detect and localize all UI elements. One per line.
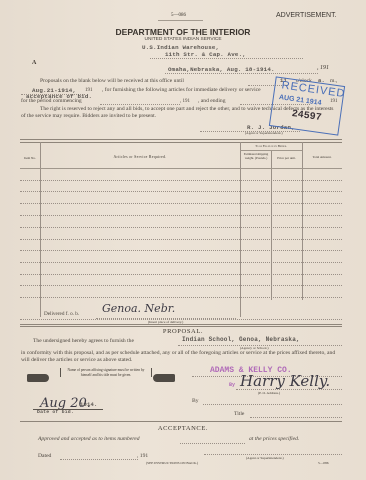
- officer-caption: (Agent or Superintendent.): [245, 131, 283, 135]
- table-row[interactable]: [20, 297, 342, 298]
- stamp-number: 24597: [291, 109, 322, 124]
- school-value[interactable]: Indian School, Genoa, Nebraska,: [182, 336, 300, 343]
- table-row[interactable]: [20, 203, 342, 204]
- pointing-hand-right-icon: [27, 374, 49, 382]
- place-date: Omaha,Nebraska, Aug. 18-1914.: [168, 66, 275, 73]
- table-row[interactable]: [20, 191, 342, 192]
- department-title: DEPARTMENT OF THE INTERIOR: [0, 27, 366, 37]
- table-row[interactable]: [20, 262, 342, 263]
- col-price: Price per unit.: [271, 156, 302, 160]
- by-label-2: By: [192, 398, 199, 405]
- table-row[interactable]: [20, 285, 342, 286]
- document-page: 5—086 ADVERTISEMENT. DEPARTMENT OF THE I…: [0, 0, 366, 480]
- period-label: for the period commencing: [21, 98, 82, 105]
- delivered-label: Delivered f. o. b.: [44, 311, 79, 318]
- agree-text: The undersigned hereby agrees to furnish…: [33, 338, 134, 345]
- col-total: Total Amount.: [302, 155, 342, 159]
- delivered-value[interactable]: Genoa. Nebr.: [102, 302, 175, 315]
- form-code: 5—086: [318, 461, 329, 465]
- agent-caption: (Agent or Superintendent.): [246, 456, 284, 460]
- bid-date-caption: Date of bid.: [37, 410, 74, 415]
- table-row[interactable]: [20, 180, 342, 181]
- address-line-2: 11th Str. & Cap. Ave.,: [165, 51, 246, 58]
- sig-caption: (P. O. Address.): [258, 391, 280, 395]
- ending-label: , and ending: [198, 98, 226, 105]
- year-suffix: , 191: [317, 65, 329, 71]
- intro-line1: Proposals on the blank below will be rec…: [40, 78, 184, 85]
- marker-a: A: [32, 60, 36, 66]
- instructions-note: (SEE INSTRUCTIONS ON BACK.): [146, 461, 198, 465]
- col-item-no: Item No.: [20, 156, 40, 160]
- prices-text: at the prices specified.: [249, 436, 299, 443]
- bid-year: 1914.: [80, 401, 98, 408]
- table-row[interactable]: [20, 239, 342, 240]
- year-2: , 191: [180, 98, 190, 105]
- col-articles: Articles or Service Required.: [40, 155, 240, 159]
- signature[interactable]: Harry Kelly.: [240, 372, 330, 390]
- intro-line2: , for furnishing the following articles …: [102, 87, 261, 94]
- address-line-1: U.S.Indian Warehouse,: [142, 44, 219, 51]
- acceptance-title: ACCEPTANCE.: [0, 425, 366, 432]
- dated-label: Dated: [38, 453, 51, 460]
- proposal-title: PROPOSAL.: [0, 328, 366, 335]
- table-row[interactable]: [20, 227, 342, 228]
- filled-by-bidder-header: To be Filled in by Bidder.: [240, 144, 302, 148]
- title-label: Title: [234, 411, 244, 418]
- signature-notice: Name of person affixing signature must b…: [60, 368, 152, 377]
- table-row[interactable]: [20, 215, 342, 216]
- acceptance-year: , 191: [137, 453, 148, 460]
- table-row[interactable]: [20, 274, 342, 275]
- pointing-hand-left-icon: [153, 374, 175, 382]
- conformity-text: in conformity with this proposal, and as…: [21, 350, 343, 364]
- by-label-1: By: [229, 382, 235, 388]
- approved-text: Approved and accepted as to items number…: [38, 436, 140, 443]
- service-subtitle: UNITED STATES INDIAN SERVICE: [0, 37, 366, 42]
- received-stamp: RECEIVED AUG 21 1914 24597: [269, 76, 345, 135]
- advertisement-label: ADVERTISEMENT.: [276, 12, 337, 19]
- form-number: 5—086: [171, 13, 186, 18]
- col-weight: Estimated shipping weight. (Pounds.): [241, 153, 271, 161]
- table-row[interactable]: [20, 250, 342, 251]
